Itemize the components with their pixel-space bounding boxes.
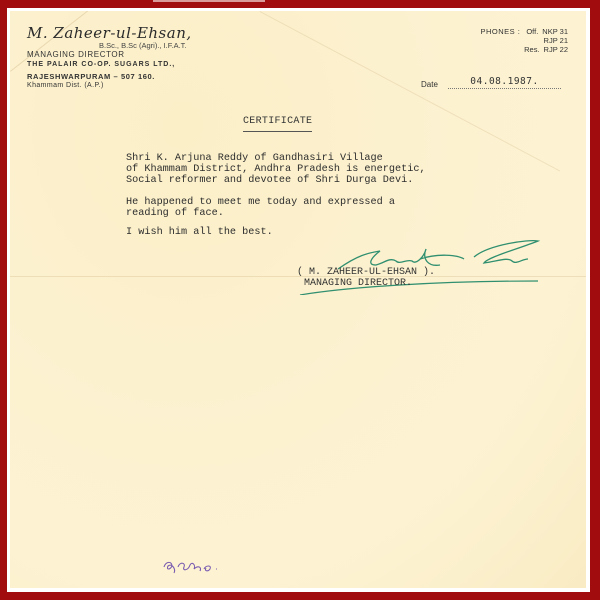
signatory-name: ( M. ZAHEER-UL-EHSAN ). (297, 267, 435, 278)
phone-row: Res. RJP 22 (448, 45, 568, 54)
letterhead-district: Khammam Dist. (A.P.) (27, 82, 104, 89)
phone-number: RJP 22 (544, 45, 568, 54)
handwritten-note-icon (160, 555, 220, 577)
phone-row: RJP 21 (448, 36, 568, 45)
letterhead-name: M. Zaheer-ul-Ehsan, (27, 24, 192, 42)
body-paragraph-2: He happened to meet me today and express… (126, 197, 395, 219)
phone-number: RJP 21 (544, 36, 568, 45)
letter-paper: M. Zaheer-ul-Ehsan, B.Sc., B.Sc (Agri).,… (10, 11, 586, 588)
date-value: 04.08.1987. (448, 76, 561, 89)
letterhead-qualifications: B.Sc., B.Sc (Agri)., I.F.A.T. (99, 41, 187, 50)
signatory-title: MANAGING DIRECTOR. (304, 278, 412, 289)
phones-label: PHONES : (480, 27, 520, 36)
letterhead-address: RAJESHWARPURAM – 507 160. (27, 72, 155, 81)
phone-prefix: Res. (524, 45, 539, 54)
body-paragraph-1: Shri K. Arjuna Reddy of Gandhasiri Villa… (126, 153, 426, 186)
top-strip (153, 0, 265, 2)
phone-number: NKP 31 (542, 27, 568, 36)
phone-row: PHONES : Off. NKP 31 (448, 27, 568, 36)
letterhead-company: THE PALAIR CO-OP. SUGARS LTD., (27, 61, 175, 68)
certificate-heading: CERTIFICATE (243, 116, 312, 132)
date-label: Date (421, 80, 438, 89)
phone-prefix: Off. (526, 27, 538, 36)
phones-block: PHONES : Off. NKP 31 RJP 21 Res. RJP 22 (448, 27, 568, 54)
letterhead-title: MANAGING DIRECTOR (27, 50, 125, 59)
body-paragraph-3: I wish him all the best. (126, 227, 273, 238)
